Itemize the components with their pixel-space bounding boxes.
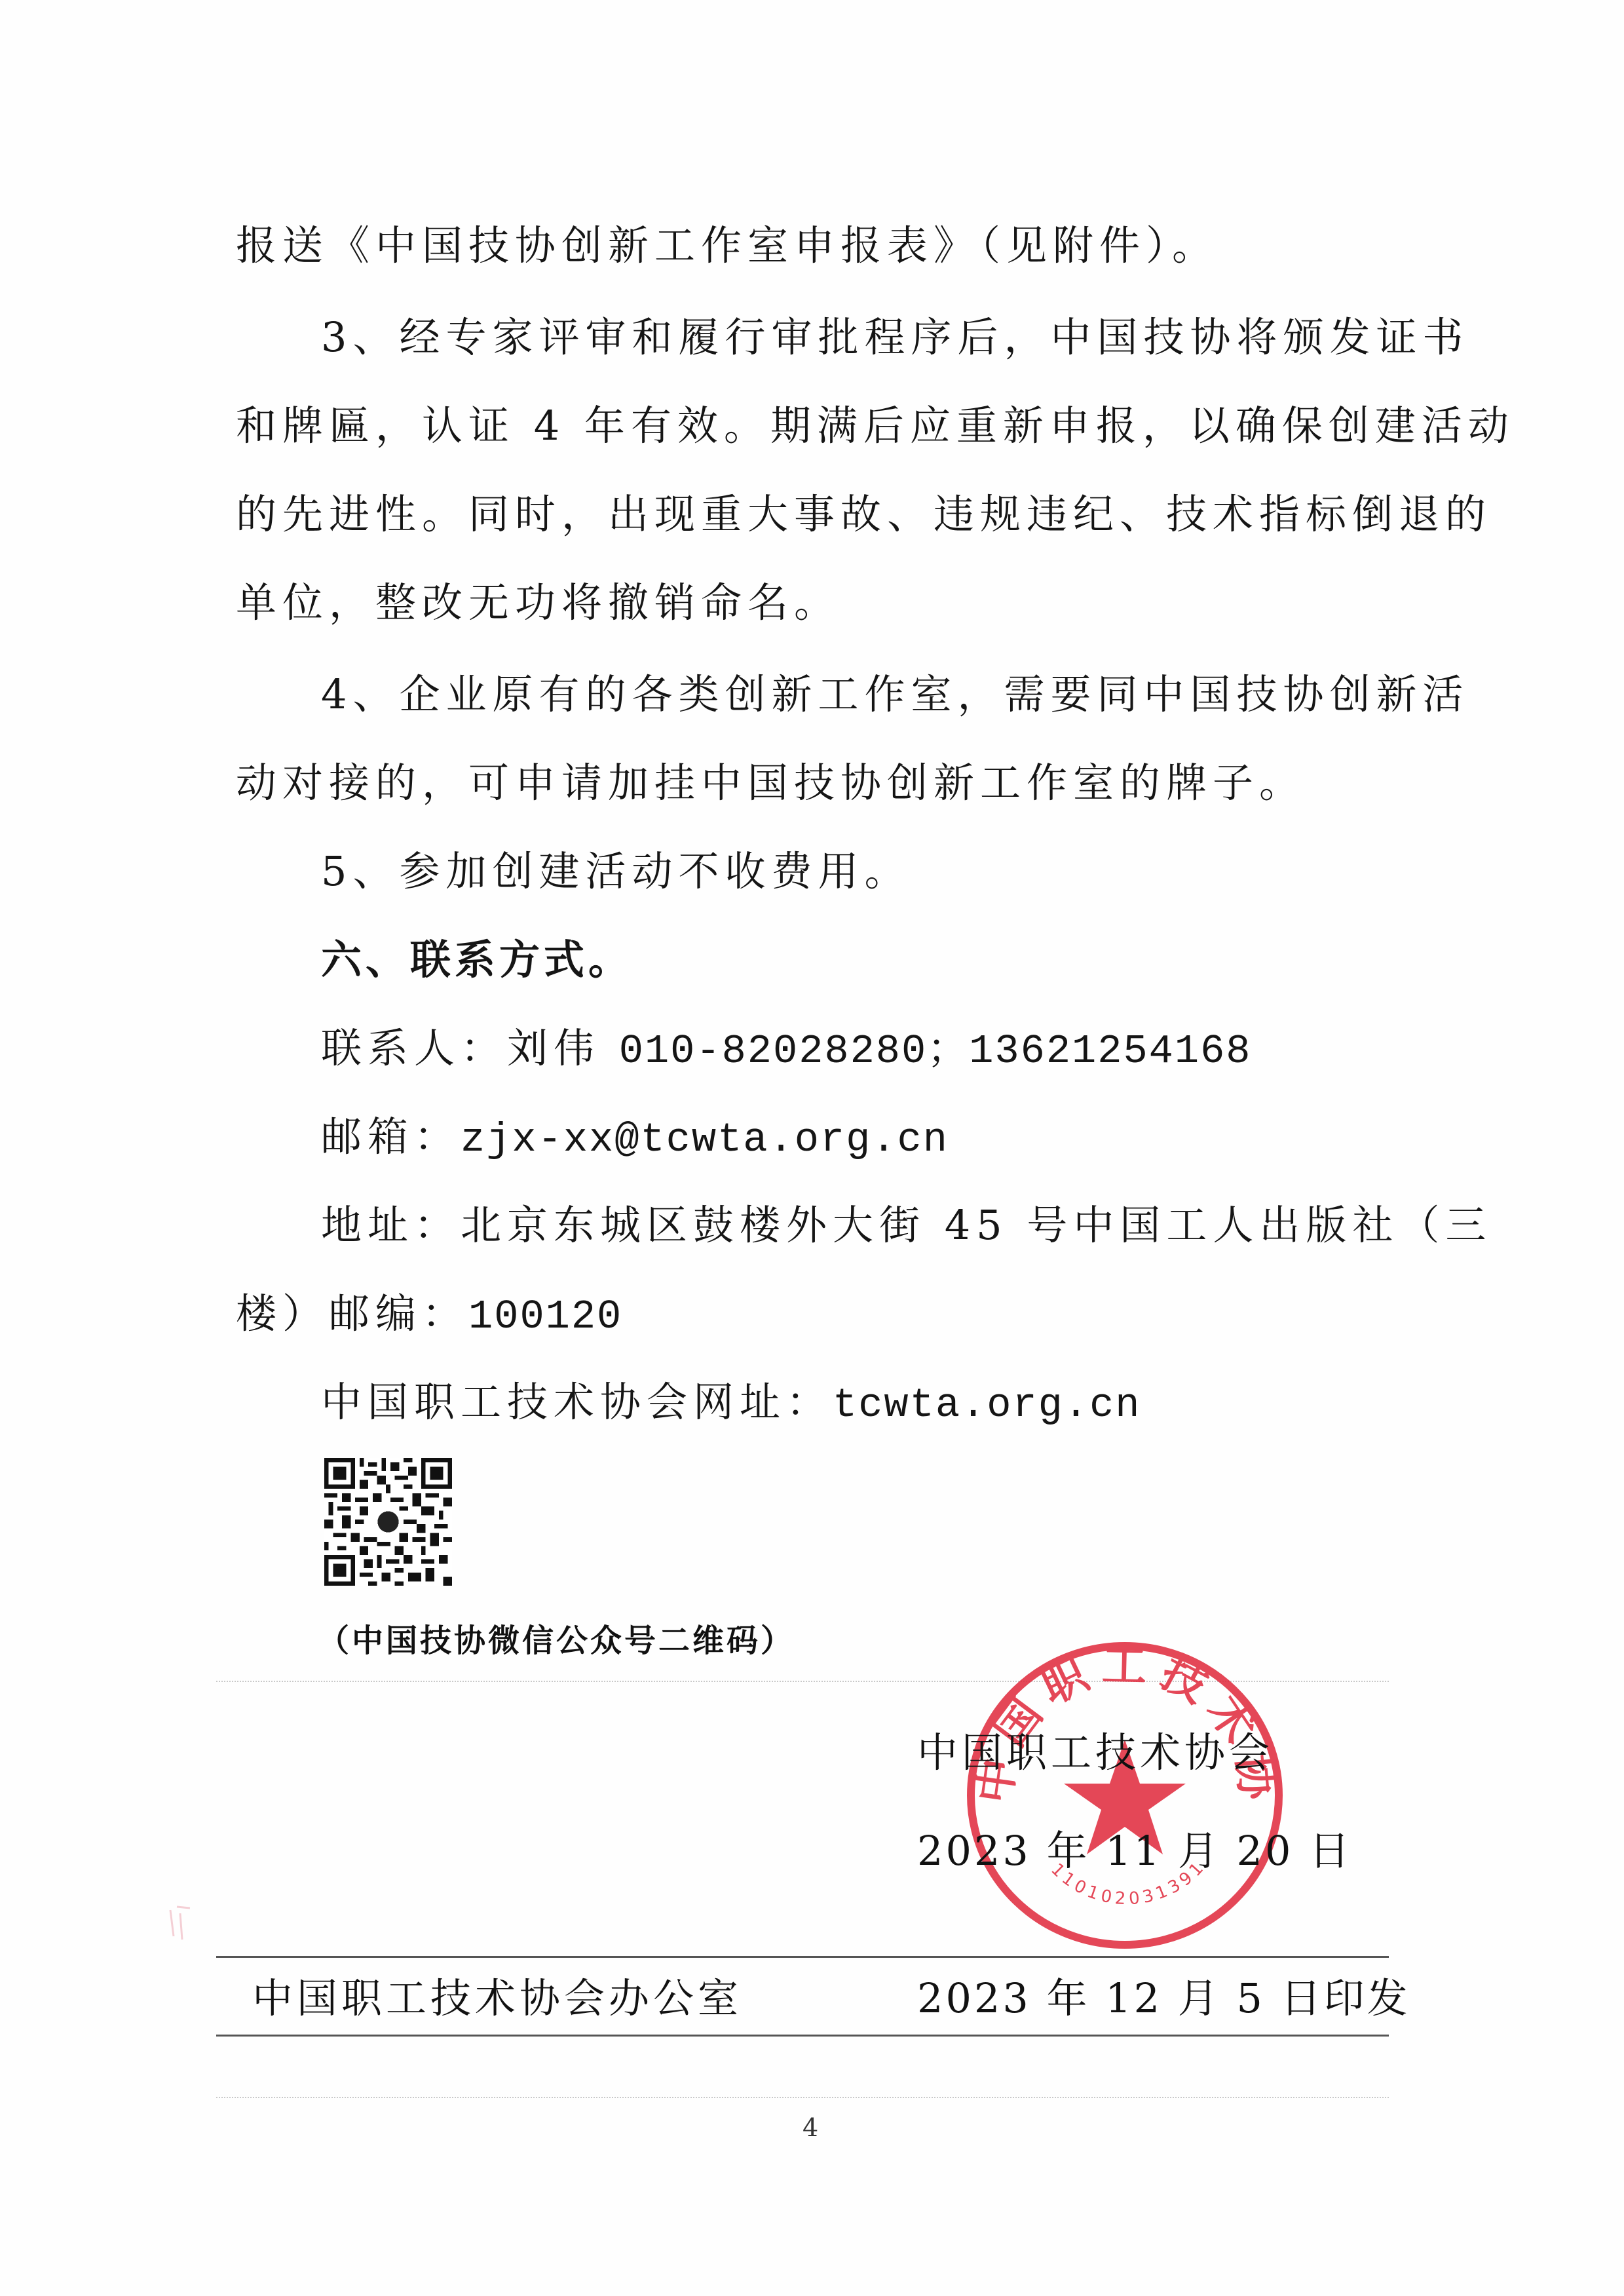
address-text: 北京东城区鼓楼外大街 45 号中国工人出版社（三 <box>461 1201 1492 1249</box>
postcode: 100120 <box>468 1293 622 1340</box>
address-label: 地址： <box>321 1201 461 1249</box>
email-line: 邮箱：zjx-xx@tcwta.org.cn <box>321 1111 1474 1166</box>
contact-person-line: 联系人：刘伟 010-82028280；13621254168 <box>321 1022 1474 1078</box>
item-3-line-1: 3、经专家评审和履行审批程序后，中国技协将颁发证书 <box>321 311 1474 364</box>
item-3-line-2: 和牌匾，认证 4 年有效。期满后应重新申报，以确保创建活动 <box>236 400 1389 452</box>
signature-date: 2023 年 11 月 20 日 <box>917 1818 1352 1877</box>
address-suffix: 楼） <box>236 1290 329 1337</box>
item-3-line-3: 的先进性。同时，出现重大事故、违规违纪、技术指标倒退的 <box>236 488 1389 541</box>
item-5-line: 5、参加创建活动不收费用。 <box>321 845 1474 898</box>
item-3-line-4: 单位，整改无功将撤销命名。 <box>236 577 1389 629</box>
section-heading: 六、联系方式。 <box>321 934 1474 986</box>
qr-caption: （中国技协微信公众号二维码） <box>318 1615 795 1660</box>
website-label: 中国职工技术协会网址： <box>321 1378 833 1426</box>
contact-phones: 010-82028280；13621254168 <box>619 1028 1252 1075</box>
item-4-line-2: 动对接的，可申请加挂中国技协创新工作室的牌子。 <box>236 757 1389 809</box>
document-page: 报送《中国技协创新工作室申报表》（见附件）。 3、经专家评审和履行审批程序后，中… <box>0 0 1624 2296</box>
address-line-2: 楼）邮编：100120 <box>236 1288 1389 1343</box>
seam-stamp-mark-icon <box>157 1900 203 1946</box>
footer-bottom-rule <box>216 2035 1389 2037</box>
item-4-line-1: 4、企业原有的各类创新工作室，需要同中国技协创新活 <box>321 668 1474 721</box>
paragraph-line: 报送《中国技协创新工作室申报表》（见附件）。 <box>236 220 1389 272</box>
contact-person-label: 联系人： <box>321 1024 507 1072</box>
website-line: 中国职工技术协会网址：tcwta.org.cn <box>321 1376 1474 1432</box>
page-bottom-dotted-line <box>216 2097 1389 2098</box>
issuer-office: 中国职工技术协会办公室 <box>252 1966 742 2024</box>
email-label: 邮箱： <box>321 1113 461 1160</box>
contact-person-name: 刘伟 <box>507 1024 600 1072</box>
address-line-1: 地址：北京东城区鼓楼外大街 45 号中国工人出版社（三 <box>321 1199 1474 1252</box>
official-seal-icon: 中国职工技术协会 1101020313914 <box>953 1632 1294 1959</box>
email-address[interactable]: zjx-xx@tcwta.org.cn <box>461 1117 949 1163</box>
issue-date: 2023 年 12 月 5 日印发 <box>917 1966 1410 2024</box>
page-number: 4 <box>803 2113 818 2142</box>
signature-organization: 中国职工技术协会 <box>917 1720 1274 1778</box>
website-url[interactable]: tcwta.org.cn <box>833 1382 1141 1428</box>
postcode-label: 邮编： <box>329 1290 468 1337</box>
wechat-qr-code-icon <box>324 1458 452 1586</box>
